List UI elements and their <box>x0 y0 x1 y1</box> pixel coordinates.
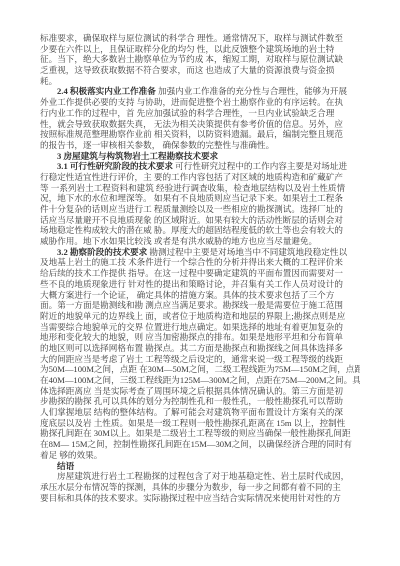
body-text: 给后续的技术工作提供 指导。在这一过程中要确定建筑的平面布置因而需要对一 <box>40 268 343 278</box>
text-line: 为50M—100M之间，点距 在30M—50M之间，二级工程线距为75M—150… <box>40 364 360 375</box>
text-line: 3 房屋建筑与构筑物岩土工程勘察技术要求 <box>40 151 360 162</box>
text-line: 威胁作用。地下水如果比较浅 或者是有洪水威胁的地方也应当尽量避免。 <box>40 236 360 247</box>
text-line: 地形和变化较大的地貌，则 应当加密勘探点的排布。如果是地形平坦和分布简单 <box>40 332 360 343</box>
body-text: 及地基上岩土的施工技 术条件进行一个综合性的分析并得出来大概的工程评价来 <box>40 257 343 267</box>
body-text: 按照标准规范整理勘察作业前 相关资料，以防资料遗漏。最后，编制完整且规范 <box>40 129 343 139</box>
body-text: 步勘探的勘探 孔可以具体的划分为控制性孔和一般性孔，一般性勘探孔可以帮助 <box>40 396 343 406</box>
body-text: 性，就会导致获取数据失真， 无法为相关决策提供有参考价值的信息。另外，应 <box>40 119 343 129</box>
text-line: 等 一系列岩土工程资料和建筑 经验进行调查收集，检查地层结构以及岩土性质情 <box>40 183 360 194</box>
text-line: 当需要综合地貌单元的交界 位置进行地点确定。如果选择的地址有着更加复杂的 <box>40 322 360 333</box>
text-line: 2.4 积极落实内业工作准备 加强内业工作准备的充分性与合理性，能够为开展 <box>40 86 360 97</box>
document-text-block: 标准要求，确保取样与原位测试的科学合 理性。通常情况下，取样与测试件数至 少要在… <box>40 33 360 503</box>
body-text: 行稳定性适宜性进行评价，主 要的工作内容包括了对区域的地质构造和矿藏矿产 <box>40 172 343 182</box>
body-text: 大概方案进行一个论证， 确定具体的措施方案。具体的技术要求包括了三个方 <box>40 290 334 300</box>
heading-text: 3.2 勘察阶段的技术要求 <box>57 247 147 257</box>
heading-text: 2.4 积极落实内业工作准备 <box>57 86 156 96</box>
text-line: 行内业工作的过程中，首 先应加强试验的科学合理性，一旦内业试验缺乏合理 <box>40 108 360 119</box>
text-line: 给后续的技术工作提供 指导。在这一过程中要确定建筑的平面布置因而需要对一 <box>40 268 360 279</box>
body-text: 体选择距离应 当是实际考查了周围环境之后根据具体情况确认的。第三方面是初 <box>40 386 343 396</box>
text-line: 些不良的地质现象进行 针对性的提出和策略讨论，并召集有关工作人员对设计的 <box>40 279 360 290</box>
body-text: 的报告书，逐一审核相关参数， 确保参数的完整性与准确性。 <box>40 140 274 150</box>
document-page: 标准要求，确保取样与原位测试的科学合 理性。通常情况下，取样与测试件数至 少要在… <box>0 0 400 566</box>
text-line: 大的间距应当是考虑了岩土 工程等级之后设定的，通常来说一级工程等级的线距 <box>40 354 360 365</box>
text-line: 步勘探的勘探 孔可以具体的划分为控制性孔和一般性孔，一般性勘探孔可以帮助 <box>40 396 360 407</box>
text-line: 大概方案进行一个论证， 确定具体的措施方案。具体的技术要求包括了三个方 <box>40 290 360 301</box>
text-line: 勘探孔间距在 30M以上。如果是二级岩土工程等级的则应当确保一般性勘探孔间距 <box>40 428 360 439</box>
text-line: 件十分复杂的话则应当进行工 程质量测绘以及一些相应的勘探测试。选择厂址的 <box>40 204 360 215</box>
body-text: 等 一系列岩土工程资料和建筑 经验进行调查收集，检查地层结构以及岩土性质情 <box>40 183 345 193</box>
body-text: 为50M—100M之间，点距 在30M—50M之间，二级工程线距为75M—150… <box>40 364 360 374</box>
body-text: 威胁作用。地下水如果比较浅 或者是有洪水威胁的地方也应当尽量避免。 <box>40 236 317 246</box>
body-text: 地形和变化较大的地貌，则 应当加密勘探点的排布。如果是地形平坦和分布简单 <box>40 332 343 342</box>
text-line: 乏重视，这导致获取数据不符合要求，而这 也造成了大量的资源浪费与资金损 <box>40 65 360 76</box>
body-text: 耗。 <box>40 76 57 86</box>
heading-text: 3 房屋建筑与构筑物岩土工程勘察技术要求 <box>57 151 218 161</box>
body-text: 当需要综合地貌单元的交界 位置进行地点确定。如果选择的地址有着更加复杂的 <box>40 322 343 332</box>
body-text: 行内业工作的过程中，首 先应加强试验的科学合理性，一旦内业试验缺乏合理 <box>40 108 334 118</box>
text-line: 场地稳定性构成较大的潜在威 胁。厚度大的超固结程度低的软土等也会有较大的 <box>40 225 360 236</box>
body-text: 乏重视，这导致获取数据不符合要求，而这 也造成了大量的资源浪费与资金损 <box>40 65 334 75</box>
text-line: 附近的地貌单元的边界线上 面，或者位于地质构造和地层的界限上;勘探点则是应 <box>40 311 360 322</box>
text-line: 况，地下水的水位和埋深等。 如果有不良地质则应当记录下来。如果岩土工程条 <box>40 193 360 204</box>
body-text: 度底层以及岩 土性质。如果是一级工程则一般性勘探孔距离在 15m 以上，控制性 <box>40 418 345 428</box>
text-line: 按照标准规范整理勘察作业前 相关资料，以防资料遗漏。最后，编制完整且规范 <box>40 129 360 140</box>
body-text: 况，地下水的水位和埋深等。 如果有不良地质则应当记录下来。如果岩土工程条 <box>40 193 343 203</box>
text-line: 3.2 勘察阶段的技术要求 勘测过程中主要是对场地当中不同建筑地段稳定性以 <box>40 247 360 258</box>
heading-text: 结语 <box>57 461 74 471</box>
body-text: 标准要求，确保取样与原位测试的科学合 理性。通常情况下，取样与测试件数至 <box>40 33 343 43</box>
text-line: 标准要求，确保取样与原位测试的科学合 理性。通常情况下，取样与测试件数至 <box>40 33 360 44</box>
text-line: 的报告书，逐一审核相关参数， 确保参数的完整性与准确性。 <box>40 140 360 151</box>
text-line: 在8M— 15M之间，控制性勘探孔间距在15M—30M之间，以确保经济合理的同时… <box>40 439 360 450</box>
body-text: 勘测过程中主要是对场地当中不同建筑地段稳定性以 <box>147 247 347 257</box>
body-text: 些不良的地质现象进行 针对性的提出和策略讨论，并召集有关工作人员对设计的 <box>40 279 343 289</box>
text-line: 外业工作提供必要的支持 与协助，进而促进整个岩土勘察作业的有序运转。在执 <box>40 97 360 108</box>
body-text: 承压水层分布情况等的探测，具体的步骤分为数步，每一步之间都有着不同的主 <box>40 482 341 492</box>
text-line: 耗。 <box>40 76 360 87</box>
body-text: 勘探孔间距在 30M以上。如果是二级岩土工程等级的则应当确保一般性勘探孔间距 <box>40 428 351 438</box>
body-text: 大的间距应当是考虑了岩土 工程等级之后设定的，通常来说一级工程等级的线距 <box>40 354 343 364</box>
body-text: 话应当尽量避开不良地质现象 的区域附近。如果有较大的活动性断层的话则会对 <box>40 215 343 225</box>
text-line: 行稳定性适宜性进行评价，主 要的工作内容包括了对区域的地质构造和矿藏矿产 <box>40 172 360 183</box>
body-text: 人们掌握地层 结构的整体结构。了解可能会对建筑物平面布置设计方案有关的深 <box>40 407 343 417</box>
body-text: 征。当下，绝大多数岩土勘察单位为节约成 本，缩短工期，对取样与原位测试缺 <box>40 54 343 64</box>
body-text: 房屋建筑进行岩土工程勘探的过程包含了对于地基稳定性、岩土层时代成因， <box>57 471 349 481</box>
text-line: 征。当下，绝大多数岩土勘察单位为节约成 本，缩短工期，对取样与原位测试缺 <box>40 54 360 65</box>
text-line: 体选择距离应 当是实际考查了周围环境之后根据具体情况确认的。第三方面是初 <box>40 386 360 397</box>
text-line: 性，就会导致获取数据失真， 无法为相关决策提供有参考价值的信息。另外，应 <box>40 119 360 130</box>
text-line: 话应当尽量避开不良地质现象 的区域附近。如果有较大的活动性断层的话则会对 <box>40 215 360 226</box>
text-line: 3.1 可行性研究阶段的技术要求 可行性研究过程中的工作内容主要是对场址进 <box>40 161 360 172</box>
body-text: 在8M— 15M之间，控制性勘探孔间距在15M—30M之间，以确保经济合理的同时… <box>40 439 352 449</box>
body-text: 可行性研究过程中的工作内容主要是对场址进 <box>173 161 347 171</box>
text-line: 及地基上岩土的施工技 术条件进行一个综合性的分析并得出来大概的工程评价来 <box>40 257 360 268</box>
text-line: 承压水层分布情况等的探测，具体的步骤分为数步，每一步之间都有着不同的主 <box>40 482 360 493</box>
text-line: 度底层以及岩 土性质。如果是一级工程则一般性勘探孔距离在 15m 以上，控制性 <box>40 418 360 429</box>
text-line: 少要在六件以上，且保证取样分化的均匀 性，以此反馈整个建筑场地的岩土特 <box>40 44 360 55</box>
heading-text: 3.1 可行性研究阶段的技术要求 <box>57 161 173 171</box>
text-line: 着足 够的效果。 <box>40 450 360 461</box>
text-line: 要目标和具体的技术要求。实际勘探过程中应当结合实际情况来使用针对性的方 <box>40 493 360 504</box>
body-text: 场地稳定性构成较大的潜在威 胁。厚度大的超固结程度低的软土等也会有较大的 <box>40 225 343 235</box>
body-text: 要目标和具体的技术要求。实际勘探过程中应当结合实际情况来使用针对性的方 <box>40 493 341 503</box>
body-text: 着足 够的效果。 <box>40 450 102 460</box>
text-line: 在40M—100M之间，三级工程线距为125M—300M之间，点距在75M—20… <box>40 375 360 386</box>
text-line: 房屋建筑进行岩土工程勘探的过程包含了对于地基稳定性、岩土层时代成因， <box>40 471 360 482</box>
body-text: 件十分复杂的话则应当进行工 程质量测绘以及一些相应的勘探测试。选择厂址的 <box>40 204 343 214</box>
body-text: 的地区则可以选择网格布置 勘探点。其二方面是勘探点和勘探线之间具体选择多 <box>40 343 343 353</box>
body-text: 少要在六件以上，且保证取样分化的均匀 性，以此反馈整个建筑场地的岩土特 <box>40 44 334 54</box>
body-text: 外业工作提供必要的支持 与协助，进而促进整个岩土勘察作业的有序运转。在执 <box>40 97 343 107</box>
body-text: 在40M—100M之间，三级工程线距为125M—300M之间，点距在75M—20… <box>40 375 360 385</box>
text-line: 结语 <box>40 461 360 472</box>
text-line: 的地区则可以选择网格布置 勘探点。其二方面是勘探点和勘探线之间具体选择多 <box>40 343 360 354</box>
body-text: 附近的地貌单元的边界线上 面，或者位于地质构造和地层的界限上;勘探点则是应 <box>40 311 345 321</box>
text-line: 人们掌握地层 结构的整体结构。了解可能会对建筑物平面布置设计方案有关的深 <box>40 407 360 418</box>
body-text: 加强内业工作准备的充分性与合理性，能够为开展 <box>156 86 347 96</box>
body-text: 面。第一方面是勘测线和勘 测点应当满足要求。勘探线一般是需要位于施工范围 <box>40 300 343 310</box>
text-line: 面。第一方面是勘测线和勘 测点应当满足要求。勘探线一般是需要位于施工范围 <box>40 300 360 311</box>
